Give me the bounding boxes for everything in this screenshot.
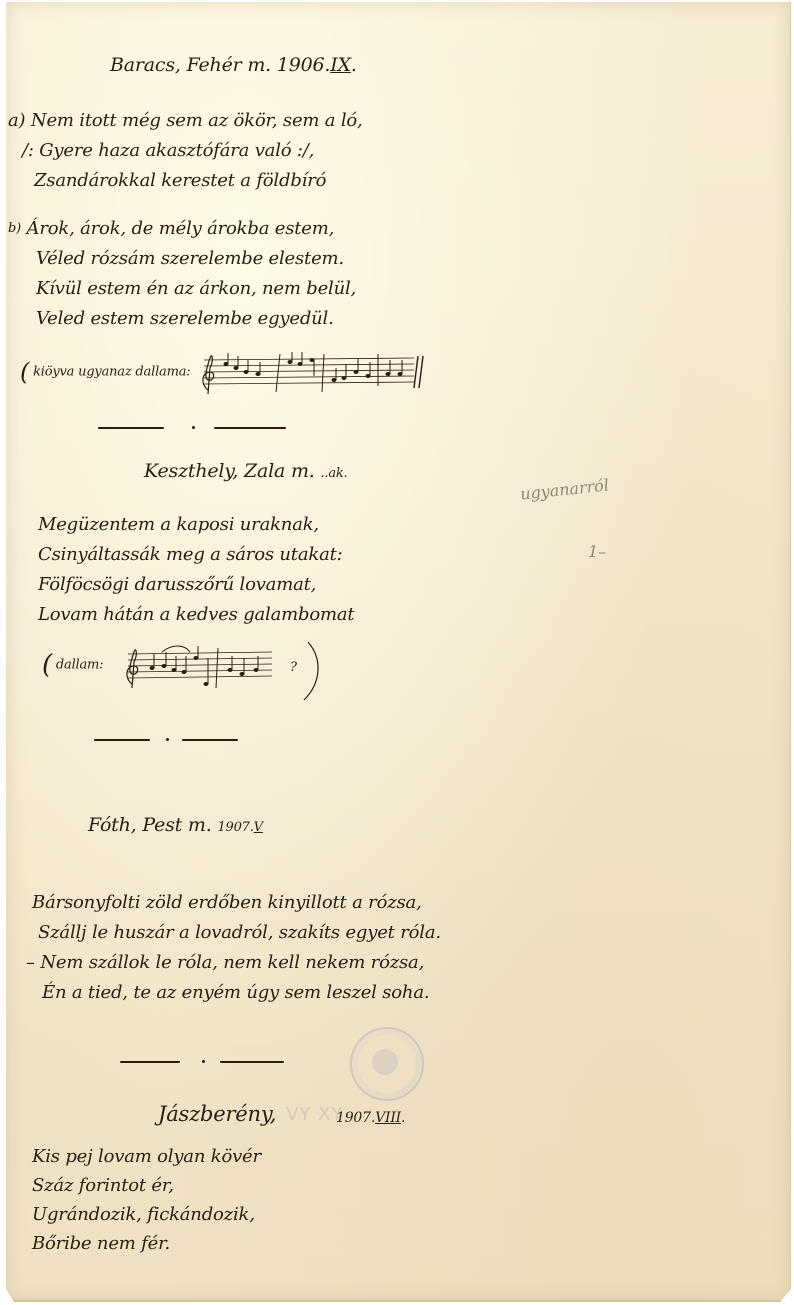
heading-suffix: . (351, 54, 357, 76)
verse-line: Zsandárokkal kerestet a földbíró (34, 170, 326, 191)
heading-suffix: . (401, 1110, 405, 1126)
melody-uncertain-mark: ? (290, 660, 297, 675)
section-divider (94, 734, 244, 746)
section-divider (98, 422, 288, 434)
melody-note-text: kiöyva ugyanaz dallama: (33, 365, 190, 380)
verse-line: Kívül estem én az árkon, nem belül, (36, 278, 356, 299)
verse-line: Megüzentem a kaposi uraknak, (38, 510, 354, 540)
verse-line: Szállj le huszár a lovadról, szakíts egy… (32, 918, 441, 948)
verse-line: /: Gyere haza akasztófára való :/, (22, 140, 314, 161)
verse-line: Száz forintot ér, (32, 1171, 261, 1200)
section-heading-keszthely: Keszthely, Zala m. ..ak. (144, 460, 347, 482)
verse-line: Én a tied, te az enyém úgy sem leszel so… (32, 978, 441, 1008)
verse-line: Lovam hátán a kedves galambomat (38, 600, 354, 630)
heading-month: IX (330, 54, 351, 76)
heading-date: 1907. (336, 1110, 375, 1126)
melody-note-2: ( dallam: (42, 650, 103, 680)
verse-line: Fölföcsögi darusszőrű lovamat, (38, 570, 354, 600)
verse-line: Árok, árok, de mély árokba estem, (27, 218, 335, 239)
part-label: a) (8, 110, 25, 131)
verse-line: Csinyáltassák meg a sáros utakat: (38, 540, 354, 570)
verse-part-a: a) Nem itott még sem az ökör, sem a ló, … (8, 106, 363, 196)
manuscript-page: Baracs, Fehér m. 1906.IX. a) Nem itott m… (6, 2, 791, 1302)
heading-place: Jászberény, (158, 1102, 276, 1126)
heading-date: 1906. (277, 54, 330, 76)
part-label: b) (8, 221, 21, 236)
verse-line: Bőribe nem fér. (32, 1229, 261, 1258)
verse-line: Nem itott még sem az ökör, sem a ló, (31, 110, 363, 131)
faded-stamp-mark: VY XY (286, 1104, 343, 1125)
verse-jaszbereny: Kis pej lovam olyan kövér Száz forintot … (32, 1142, 261, 1258)
heading-suffix: ..ak. (320, 466, 347, 481)
library-stamp-icon (350, 1027, 424, 1101)
music-staff-icon (196, 350, 426, 396)
heading-place: Fóth, Pest m. (88, 814, 212, 836)
open-paren: ( (42, 650, 52, 680)
melody-note-1: ( kiöyva ugyanaz dallama: (20, 358, 190, 386)
heading-month: VIII (375, 1110, 401, 1126)
music-staff-icon (122, 644, 282, 690)
verse-foth: Bársonyfolti zöld erdőben kinyillott a r… (32, 888, 441, 1008)
verse-line: Véled rózsám szerelembe elestem. (36, 248, 344, 269)
section-heading-baracs: Baracs, Fehér m. 1906.IX. (110, 54, 357, 76)
section-date-jaszbereny: 1907.VIII. (336, 1110, 405, 1126)
section-divider (120, 1056, 290, 1068)
pencil-margin-mark: 1– (588, 542, 606, 561)
melody-note-text: dallam: (56, 658, 103, 673)
verse-part-b: b) Árok, árok, de mély árokba estem, Vél… (8, 214, 356, 334)
verse-line: Veled estem szerelembe egyedül. (36, 308, 334, 329)
heading-month: V (254, 820, 263, 835)
heading-place: Baracs, Fehér m. (110, 54, 271, 76)
heading-place: Keszthely, Zala m. (144, 460, 315, 482)
section-heading-foth: Fóth, Pest m. 1907.V (88, 814, 263, 836)
close-paren-icon (302, 638, 326, 702)
heading-date: 1907. (217, 820, 253, 835)
verse-line: Kis pej lovam olyan kövér (32, 1142, 261, 1171)
pencil-margin-note: ugyanarról (519, 475, 610, 503)
verse-keszthely: Megüzentem a kaposi uraknak, Csinyáltass… (38, 510, 354, 630)
verse-line: – Nem szállok le róla, nem kell nekem ró… (26, 948, 441, 978)
section-heading-jaszbereny: Jászberény, (158, 1102, 276, 1126)
open-paren: ( (20, 358, 29, 386)
verse-line: Bársonyfolti zöld erdőben kinyillott a r… (32, 888, 441, 918)
verse-line: Ugrándozik, fickándozik, (32, 1200, 261, 1229)
